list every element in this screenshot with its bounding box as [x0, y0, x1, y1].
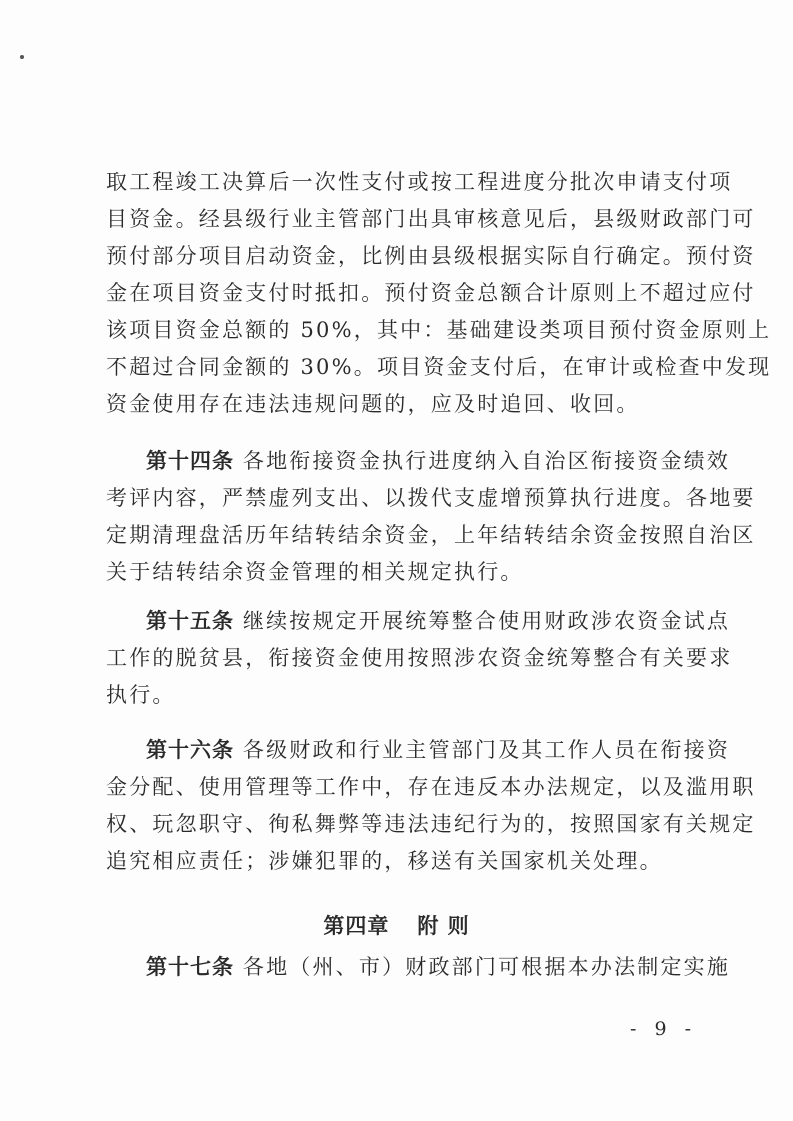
paragraph-line: 权、玩忽职守、徇私舞弊等违法违纪行为的，按照国家有关规定 — [106, 812, 686, 836]
paragraph-text: 各地衔接资金执行进度纳入自治区衔接资金绩效 — [234, 449, 730, 473]
paragraph-line: 关于结转结余资金管理的相关规定执行。 — [106, 560, 686, 584]
paragraph-line: 金在项目资金支付时抵扣。预付资金总额合计原则上不超过应付 — [106, 281, 686, 305]
article-15-line: 第十五条 继续按规定开展统筹整合使用财政涉农资金试点 — [146, 609, 726, 633]
paragraph-line: 定期清理盘活历年结转结余资金，上年结转结余资金按照自治区 — [106, 523, 686, 547]
paragraph-line: 不超过合同金额的 30%。项目资金支付后，在审计或检查中发现 — [106, 355, 686, 379]
article-number: 第十四条 — [146, 448, 234, 473]
paragraph-line: 预付部分项目启动资金，比例由县级根据实际自行确定。预付资 — [106, 244, 686, 268]
paragraph-line: 资金使用存在违法违规问题的，应及时追回、收回。 — [106, 392, 686, 416]
paragraph-text: 各级财政和行业主管部门及其工作人员在衔接资 — [234, 738, 730, 762]
article-14-line: 第十四条 各地衔接资金执行进度纳入自治区衔接资金绩效 — [146, 449, 726, 473]
paragraph-line: 执行。 — [106, 683, 686, 707]
article-number: 第十五条 — [146, 608, 234, 633]
paragraph-text: 继续按规定开展统筹整合使用财政涉农资金试点 — [234, 609, 730, 633]
scan-speck — [20, 55, 24, 59]
article-number: 第十七条 — [146, 954, 234, 979]
chapter-heading: 第四章附 则 — [0, 910, 793, 940]
paragraph-text: 各地（州、市）财政部门可根据本办法制定实施 — [234, 955, 730, 979]
paragraph-line: 该项目资金总额的 50%，其中：基础建设类项目预付资金原则上 — [106, 318, 686, 342]
paragraph-line: 目资金。经县级行业主管部门出具审核意见后，县级财政部门可 — [106, 207, 686, 231]
chapter-title: 附 则 — [417, 913, 469, 938]
page-number: - 9 - — [630, 1018, 697, 1040]
paragraph-line: 工作的脱贫县，衔接资金使用按照涉农资金统筹整合有关要求 — [106, 646, 686, 670]
paragraph-line: 取工程竣工决算后一次性支付或按工程进度分批次申请支付项 — [106, 170, 686, 194]
chapter-number: 第四章 — [323, 913, 389, 938]
article-number: 第十六条 — [146, 737, 234, 762]
article-17-line: 第十七条 各地（州、市）财政部门可根据本办法制定实施 — [146, 955, 726, 979]
paragraph-line: 考评内容，严禁虚列支出、以拨代支虚增预算执行进度。各地要 — [106, 486, 686, 510]
paragraph-line: 金分配、使用管理等工作中，存在违反本办法规定，以及滥用职 — [106, 775, 686, 799]
article-16-line: 第十六条 各级财政和行业主管部门及其工作人员在衔接资 — [146, 738, 726, 762]
paragraph-line: 追究相应责任；涉嫌犯罪的，移送有关国家机关处理。 — [106, 849, 686, 873]
